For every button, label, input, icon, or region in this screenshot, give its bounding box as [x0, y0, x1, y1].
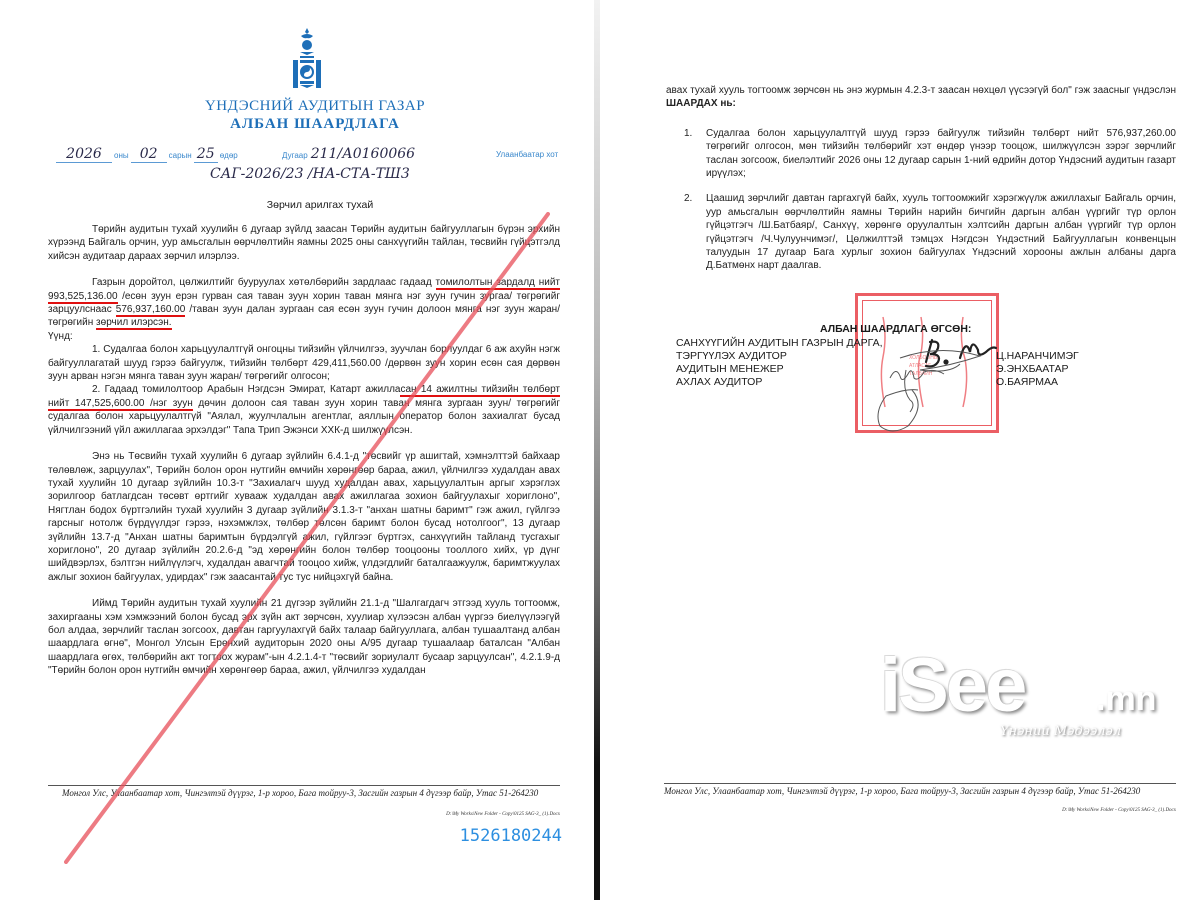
signatory-audit-manager: АУДИТЫН МЕНЕЖЕР	[676, 363, 784, 375]
paragraph-therefore: Иймд Төрийн аудитын тухай хуулийн 21 дүг…	[48, 597, 560, 677]
document-number-field: Дугаар211/А0160066	[282, 145, 415, 163]
signatory-head: САНХҮҮГИЙН АУДИТЫН ГАЗРЫН ДАРГА,	[676, 337, 883, 349]
city-label: Улаанбаатар хот	[496, 150, 558, 159]
organization-name: ҮНДЭСНИЙ АУДИТЫН ГАЗАР	[180, 98, 450, 115]
demand-number: 2.	[666, 192, 706, 272]
watermark-tld: .mn	[1096, 680, 1156, 719]
findings-text: Үүнд:	[48, 331, 73, 342]
signatory-name: Ц.НАРАНЧИМЭГ	[996, 350, 1079, 362]
document-subject: Зөрчил арилгах тухай	[220, 199, 420, 211]
document-type: АЛБАН ШААРДЛАГА	[180, 116, 450, 133]
date-year-label: оны	[114, 151, 129, 160]
paragraph-legal-basis: Энэ нь Төсвийн тухай хуулийн 6 дугаар зү…	[48, 450, 560, 584]
highlight-violation-amount: 576,937,160.00	[116, 304, 186, 317]
demands-section: авах тухай хууль тогтоомж зөрчсөн нь энэ…	[666, 84, 1176, 273]
finding-item-2: 2. Гадаад томилолтоор Арабын Нэгдсэн Эми…	[48, 383, 560, 437]
paragraph-intro: Төрийн аудитын тухай хуулийн 6 дугаар зү…	[48, 223, 560, 263]
finding-item-1: 1. Судалгаа болон харьцуулалтгүй онгоцны…	[48, 343, 560, 383]
file-path: D:\My Works\New Folder - Copy\0125 SAG-3…	[300, 812, 560, 817]
watermark-brand: iSee	[880, 648, 1024, 724]
date-day: 25	[194, 146, 218, 163]
soyombo-emblem-icon	[290, 28, 324, 90]
handwritten-signature-icon	[860, 330, 1000, 440]
demand-item-1: 1. Судалгаа болон харьцуулалтгүй шууд гэ…	[666, 127, 1176, 181]
paragraph-findings: Газрын доройтол, цөлжилтийг бууруулах хө…	[48, 276, 560, 343]
demand-number: 1.	[666, 127, 706, 181]
serial-number-stamp: 1526180244	[450, 826, 562, 846]
file-path: D:\My Works\New Folder - Copy\0125 SAG-3…	[900, 808, 1176, 813]
footer-address: Монгол Улс, Улаанбаатар хот, Чингэлтэй д…	[62, 788, 562, 799]
demand-text: Судалгаа болон харьцуулалтгүй шууд гэрээ…	[706, 127, 1176, 181]
demand-heading: ШААРДАХ нь:	[666, 98, 736, 109]
signatory-role: ТЭРГҮҮЛЭХ АУДИТОР	[676, 350, 787, 362]
date-day-label: өдөр	[220, 151, 238, 160]
footer-divider	[48, 785, 560, 786]
date-year: 2026	[56, 146, 112, 163]
isee-watermark-logo: iSee .mn Үнэний Мэдээлэл	[880, 648, 1180, 748]
footer-address: Монгол Улс, Улаанбаатар хот, Чингэлтэй д…	[664, 786, 1176, 797]
document-body: Төрийн аудитын тухай хуулийн 6 дугаар зү…	[48, 223, 560, 678]
continuation-text: авах тухай хууль тогтоомж зөрчсөн нь энэ…	[666, 84, 1176, 111]
watermark-tagline: Үнэний Мэдээлэл	[1000, 724, 1121, 739]
document-page-1: ҮНДЭСНИЙ АУДИТЫН ГАЗАР АЛБАН ШААРДЛАГА 2…	[0, 0, 594, 900]
demand-item-2: 2. Цаашид зөрчлийг давтан гаргахгүй байх…	[666, 192, 1176, 272]
signatory-role: САНХҮҮГИЙН АУДИТЫН ГАЗРЫН ДАРГА,	[676, 337, 883, 349]
signatory-senior-auditor: АХЛАХ АУДИТОР	[676, 376, 762, 388]
signatory-name: Э.ЭНХБААТАР	[996, 363, 1069, 375]
reference-code: САГ-2026/23 /НА-СТА-ТШ3	[210, 166, 410, 182]
signatory-role: АХЛАХ АУДИТОР	[676, 376, 762, 388]
date-field: 2026оны02сарын25өдөр	[56, 145, 240, 163]
highlight-violation-found: зөрчил илэрсэн.	[96, 317, 172, 330]
signatory-role: АУДИТЫН МЕНЕЖЕР	[676, 363, 784, 375]
signatory-lead-auditor: ТЭРГҮҮЛЭХ АУДИТОР	[676, 350, 787, 362]
finding-text: 2. Гадаад томилолтоор Арабын Нэгдсэн Эми…	[92, 384, 400, 395]
demand-text: Цаашид зөрчлийг давтан гаргахгүй байх, х…	[706, 192, 1176, 272]
document-number-label: Дугаар	[282, 151, 308, 160]
continuation-sentence: авах тухай хууль тогтоомж зөрчсөн нь энэ…	[666, 85, 1176, 96]
signatory-name: О.БАЯРМАА	[996, 376, 1058, 388]
footer-divider	[664, 783, 1176, 784]
date-month-label: сарын	[169, 151, 192, 160]
findings-text: Газрын доройтол, цөлжилтийг бууруулах хө…	[92, 277, 436, 288]
document-number: 211/А0160066	[311, 146, 415, 162]
date-month: 02	[131, 146, 167, 163]
